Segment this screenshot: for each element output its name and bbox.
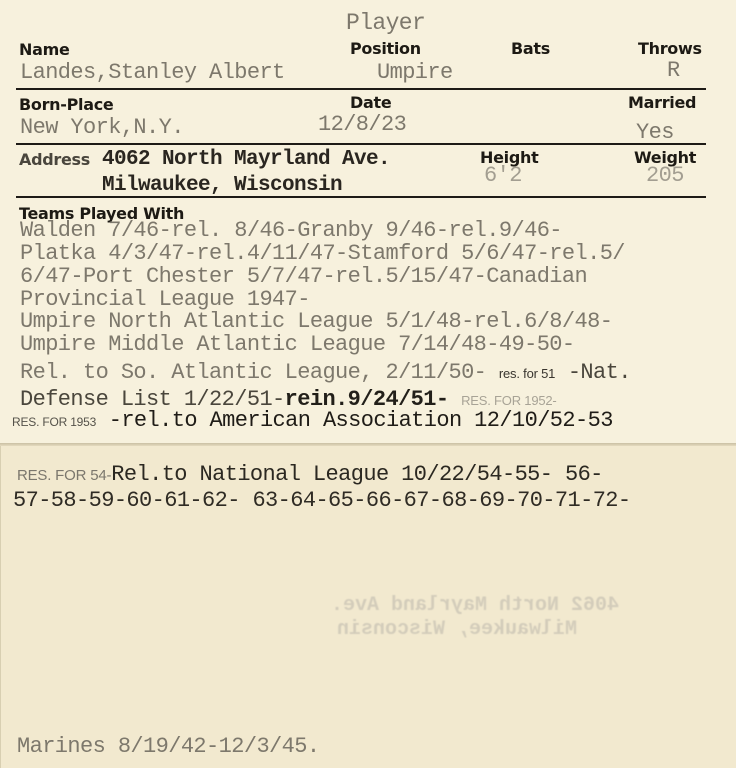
rule-3: [16, 196, 706, 198]
label-throws: Throws: [638, 39, 702, 58]
label-bats: Bats: [511, 39, 550, 58]
teams-line: 6/47-Port Chester 5/7/47-rel.5/15/47-Can…: [20, 264, 587, 289]
res-1952-stamp: RES. FOR 1952-: [461, 393, 556, 408]
teams-line: Umpire Middle Atlantic League 7/14/48-49…: [20, 332, 575, 357]
res-1953-stamp: RES. FOR 1953: [12, 415, 96, 429]
teams-line: Umpire North Atlantic League 5/1/48-rel.…: [20, 309, 612, 334]
player-annotation: Player: [346, 10, 425, 36]
res-51-stamp: res. for 51: [499, 366, 555, 381]
value-throws: R: [667, 58, 680, 83]
so-atlantic-text: Rel. to So. Atlantic League, 2/11/50-: [20, 360, 486, 385]
res-54-stamp: RES. FOR 54-: [17, 467, 111, 484]
rule-1: [16, 88, 706, 90]
so-atlantic-tail: -Nat.: [568, 360, 631, 385]
label-address: Address: [19, 150, 90, 169]
label-date: Date: [350, 93, 391, 112]
teams-line-so-atlantic: Rel. to So. Atlantic League, 2/11/50- re…: [20, 360, 631, 385]
label-name: Name: [19, 40, 70, 59]
national-league-line: RES. FOR 54-Rel.to National League 10/22…: [17, 462, 603, 487]
national-league-text: Rel.to National League 10/22/54-55- 56-: [111, 462, 602, 487]
index-card-back: RES. FOR 54-Rel.to National League 10/22…: [0, 446, 736, 768]
label-position: Position: [350, 39, 421, 58]
rule-2: [16, 143, 706, 145]
label-born-place: Born-Place: [19, 95, 113, 114]
value-position: Umpire: [377, 60, 453, 85]
american-association-text: -rel.to American Association 12/10/52-53: [109, 408, 613, 433]
value-married: Yes: [636, 120, 674, 145]
years-line: 57-58-59-60-61-62- 63-64-65-66-67-68-69-…: [13, 488, 631, 513]
index-card-front: Player Name Position Bats Throws Landes,…: [0, 0, 736, 445]
value-born-place: New York,N.Y.: [20, 115, 184, 140]
value-address-line2: Milwaukee, Wisconsin: [102, 174, 342, 197]
teams-line: Walden 7/46-rel. 8/46-Granby 9/46-rel.9/…: [20, 218, 562, 243]
bleed-through-line1: 4062 North Mayrland Ave.: [331, 594, 619, 617]
military-service: Marines 8/19/42-12/3/45.: [17, 734, 319, 759]
value-address-line1: 4062 North Mayrland Ave.: [102, 148, 390, 171]
teams-line: Platka 4/3/47-rel.4/11/47-Stamford 5/6/4…: [20, 241, 625, 266]
value-name: Landes,Stanley Albert: [20, 60, 285, 85]
value-date: 12/8/23: [318, 112, 406, 137]
bleed-through-line2: Milwaukee, Wisconsin: [337, 618, 577, 641]
label-married: Married: [628, 93, 696, 112]
teams-line-american: RES. FOR 1953 -rel.to American Associati…: [12, 408, 613, 433]
value-height: 6'2: [484, 163, 522, 188]
value-weight: 205: [646, 163, 684, 188]
